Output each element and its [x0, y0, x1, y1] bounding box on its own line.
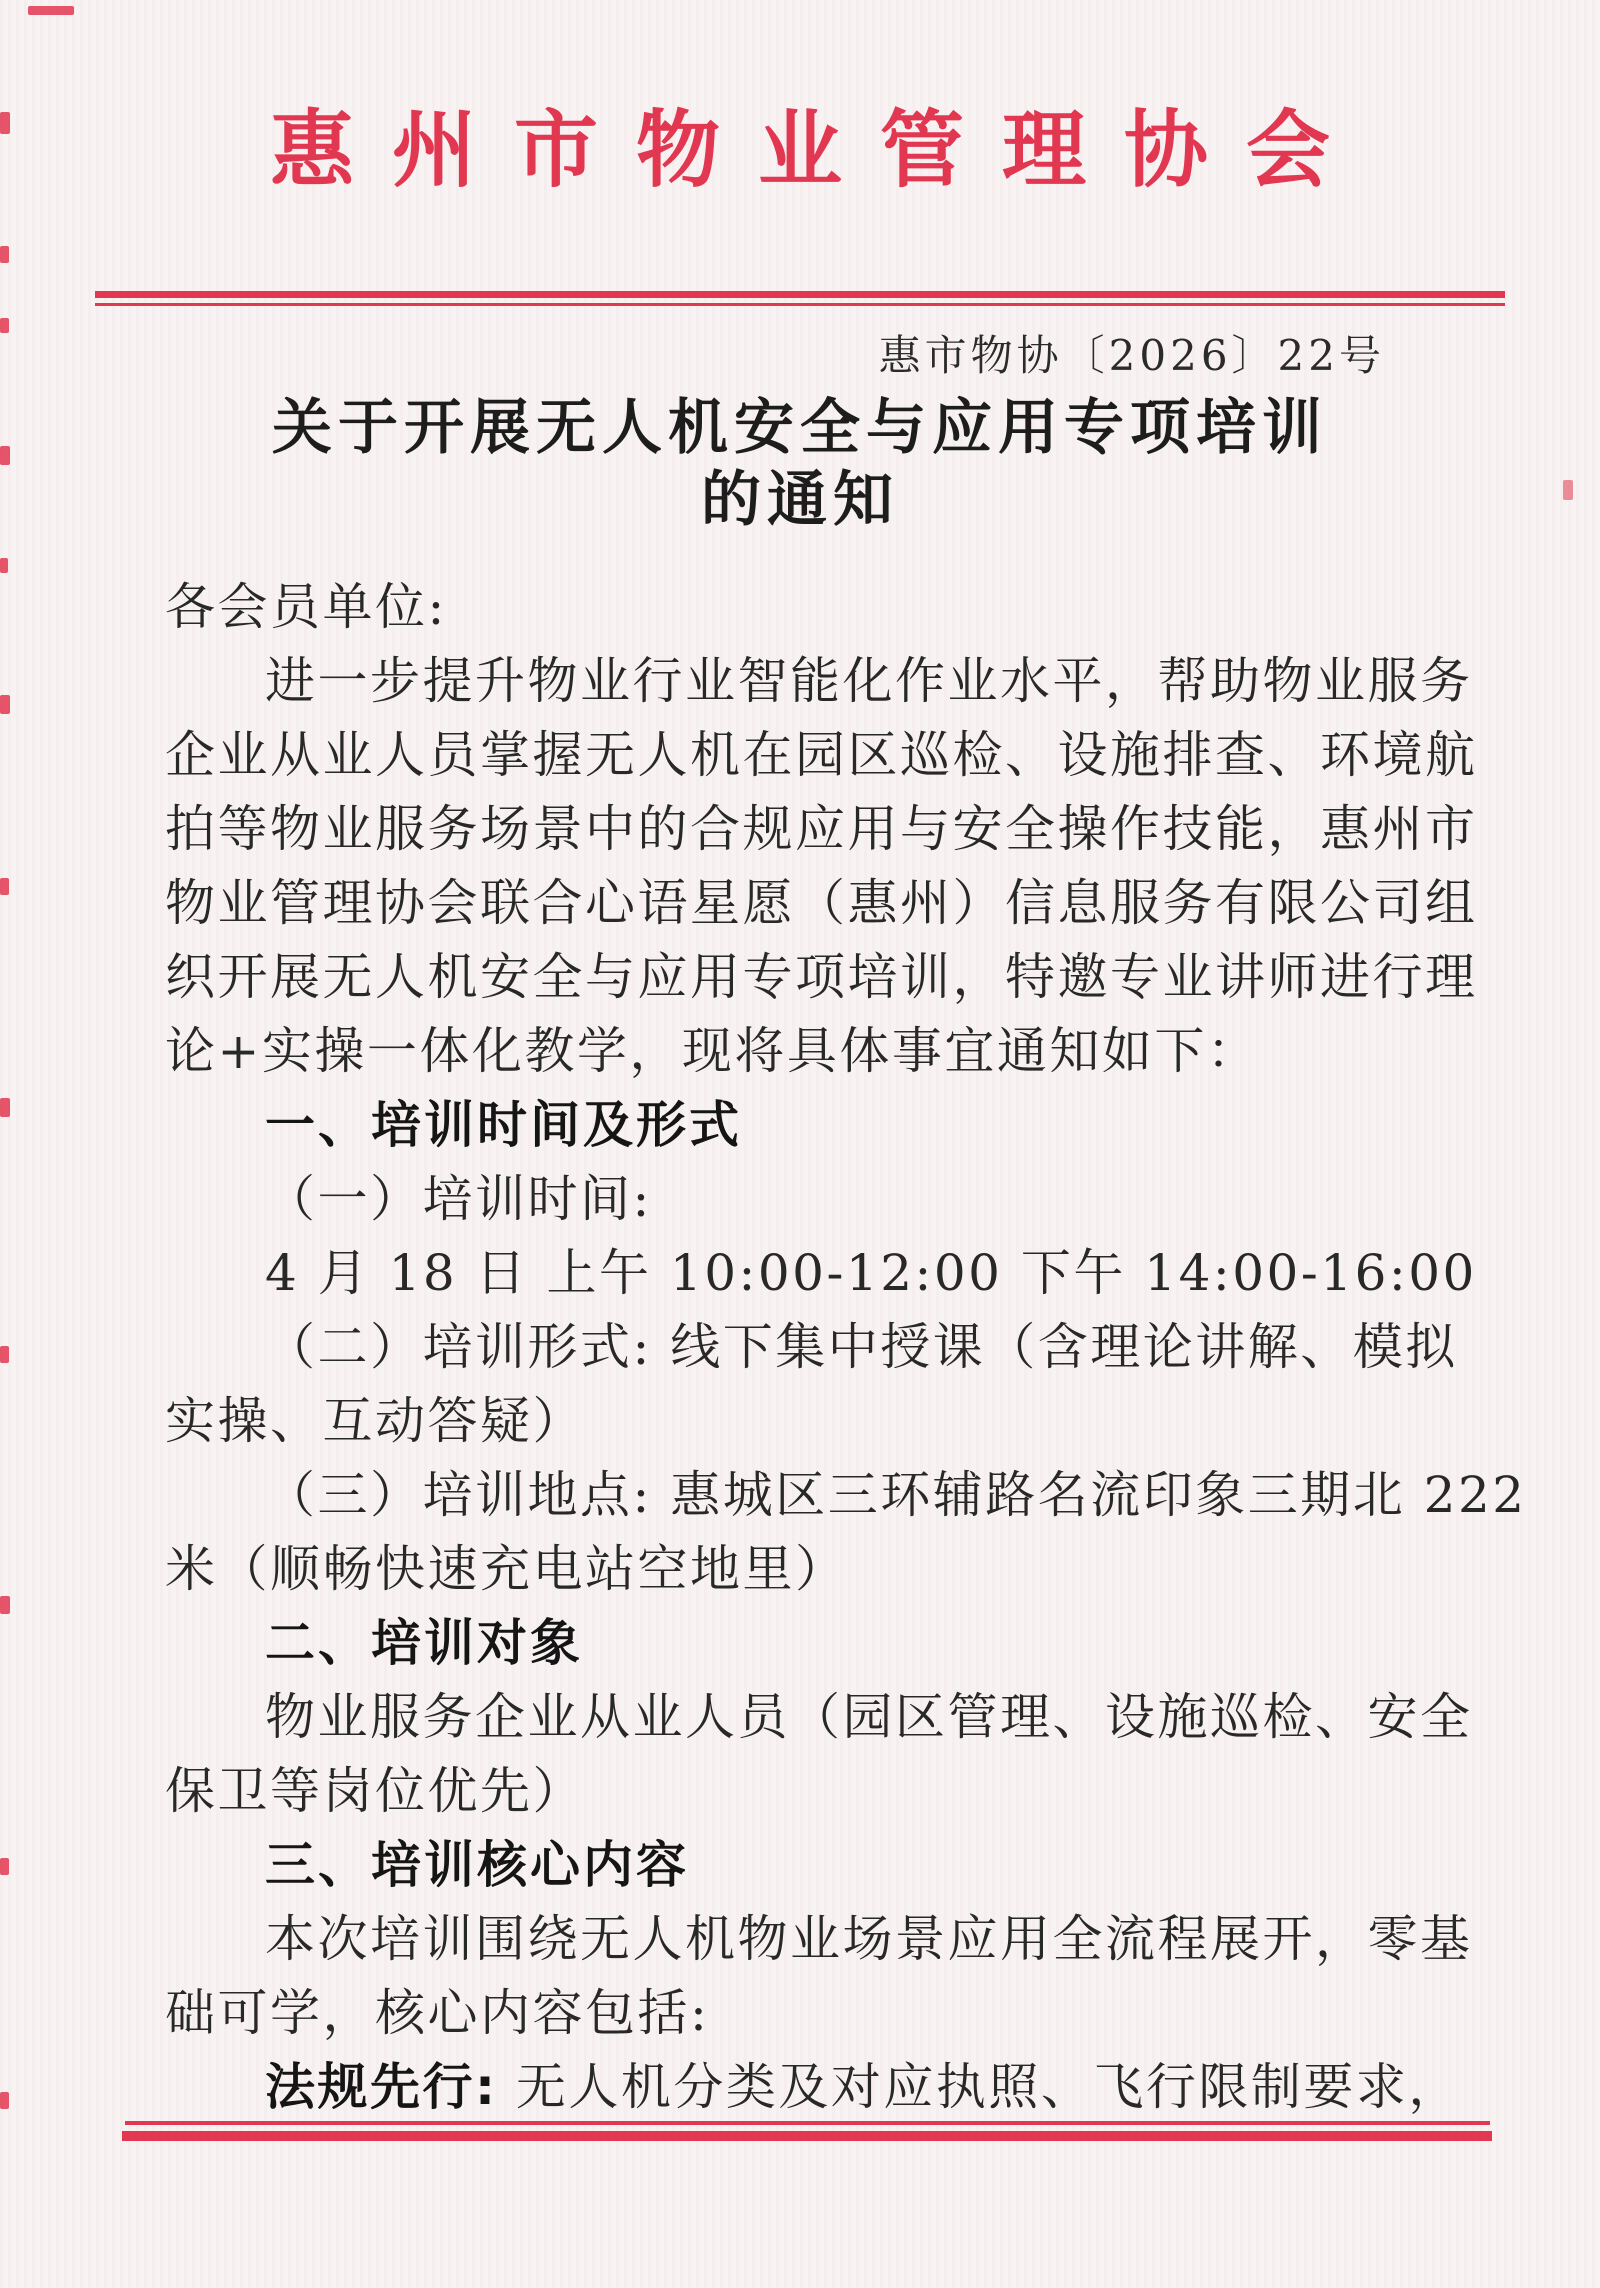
intro-line-3: 拍等物业服务场景中的合规应用与安全操作技能，惠州市 [165, 792, 1445, 866]
scan-artifact [0, 1098, 10, 1117]
scan-artifact [0, 878, 9, 895]
scan-artifact [0, 446, 10, 465]
footer-divider-thick [122, 2131, 1492, 2141]
training-content-line-1: 本次培训围绕无人机物业场景应用全流程展开，零基 [165, 1902, 1445, 1976]
intro-line-4: 物业管理协会联合心语星愿（惠州）信息服务有限公司组 [165, 866, 1445, 940]
training-location-line-2: 米（顺畅快速充电站空地里） [165, 1532, 1445, 1606]
content-item-label: 法规先行: [265, 2058, 498, 2116]
notice-title-line2: 的通知 [0, 464, 1600, 536]
scan-artifact [0, 246, 9, 263]
scan-artifact [28, 6, 74, 15]
training-time-label: （一）培训时间: [165, 1162, 1445, 1236]
notice-title: 关于开展无人机安全与应用专项培训 的通知 [0, 392, 1600, 536]
scan-artifact [0, 2092, 9, 2109]
training-format-line-1: （二）培训形式: 线下集中授课（含理论讲解、模拟 [165, 1310, 1445, 1384]
section-3-heading: 三、培训核心内容 [165, 1828, 1445, 1902]
scan-artifact [0, 558, 8, 573]
doc-number: 惠市物协〔2026〕22号 [879, 330, 1385, 382]
section-1-heading: 一、培训时间及形式 [165, 1088, 1445, 1162]
footer-divider-thin [125, 2121, 1490, 2125]
salutation: 各会员单位: [165, 570, 1445, 644]
intro-line-6: 论+实操一体化教学，现将具体事宜通知如下： [165, 1014, 1445, 1088]
training-location-line-1: （三）培训地点: 惠城区三环辅路名流印象三期北 222 [165, 1458, 1445, 1532]
scan-artifact [0, 695, 10, 714]
scan-artifact [0, 1346, 9, 1363]
notice-body: 各会员单位: 进一步提升物业行业智能化作业水平，帮助物业服务 企业从业人员掌握无… [165, 570, 1445, 2124]
letterhead-title: 惠州市物业管理协会 [0, 95, 1600, 205]
section-2-heading: 二、培训对象 [165, 1606, 1445, 1680]
training-format-line-2: 实操、互动答疑） [165, 1384, 1445, 1458]
scan-artifact [0, 318, 9, 333]
content-item-regulations: 法规先行: 无人机分类及对应执照、飞行限制要求， [165, 2050, 1445, 2124]
scan-artifact [0, 1596, 10, 1614]
scan-artifact [1563, 480, 1573, 500]
training-audience-line-1: 物业服务企业从业人员（园区管理、设施巡检、安全 [165, 1680, 1445, 1754]
scan-artifact [0, 112, 10, 134]
content-item-text: 无人机分类及对应执照、飞行限制要求， [498, 2058, 1461, 2116]
intro-line-1: 进一步提升物业行业智能化作业水平，帮助物业服务 [165, 644, 1445, 718]
document-page: 惠州市物业管理协会 惠市物协〔2026〕22号 关于开展无人机安全与应用专项培训… [0, 0, 1600, 2288]
training-audience-line-2: 保卫等岗位优先） [165, 1754, 1445, 1828]
intro-line-5: 织开展无人机安全与应用专项培训，特邀专业讲师进行理 [165, 940, 1445, 1014]
scan-artifact [0, 1858, 9, 1875]
notice-title-line1: 关于开展无人机安全与应用专项培训 [0, 392, 1600, 464]
training-content-line-2: 础可学，核心内容包括: [165, 1976, 1445, 2050]
training-time-value: 4 月 18 日 上午 10:00-12:00 下午 14:00-16:00 [165, 1236, 1445, 1310]
letterhead-divider-thin [95, 303, 1505, 306]
letterhead-divider-thick [95, 291, 1505, 298]
intro-line-2: 企业从业人员掌握无人机在园区巡检、设施排查、环境航 [165, 718, 1445, 792]
